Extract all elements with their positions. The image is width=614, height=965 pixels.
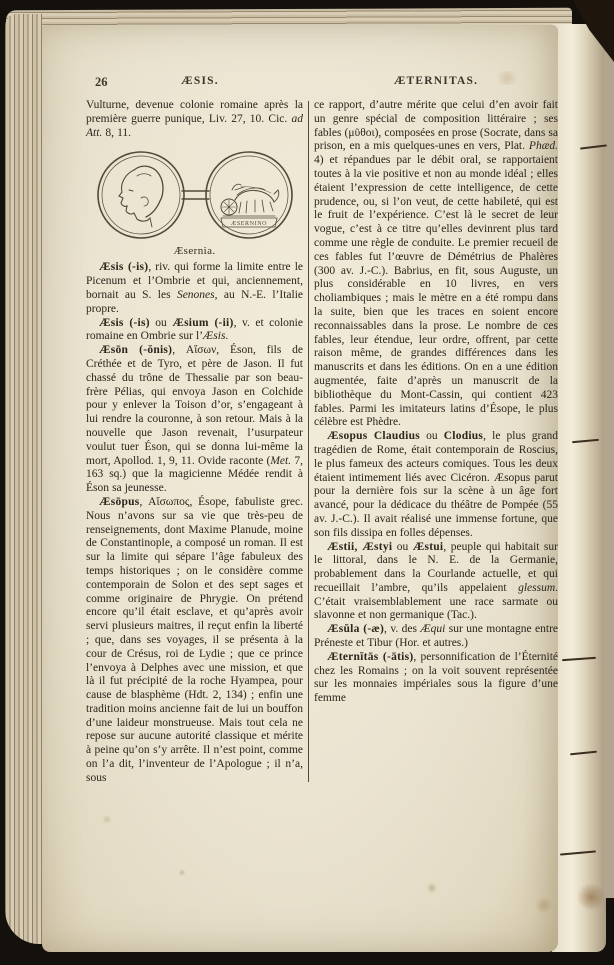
paper-stain xyxy=(102,815,112,824)
entry-aestii: Æstii, Æstyi ou Æstui, peuple qui habita… xyxy=(314,541,558,624)
paper-stain xyxy=(534,897,554,913)
entry-vulturne-continuation: Vulturne, devenue colonie romaine après … xyxy=(86,99,303,140)
figure-caption: Æsernia. xyxy=(86,245,303,257)
paper-stain xyxy=(426,883,438,893)
book-page: 26 ÆSIS. ÆTERNITAS. Vulturne, devenue co… xyxy=(42,25,558,952)
entry-aesis-town: Æsis (-is) ou Æsium (-ii), v. et colonie… xyxy=(86,317,303,345)
book-scan: 26 ÆSIS. ÆTERNITAS. Vulturne, devenue co… xyxy=(0,0,614,965)
left-column-intro: Vulturne, devenue colonie romaine après … xyxy=(86,99,303,140)
running-head-left: ÆSIS. xyxy=(86,75,314,91)
page-header: 26 ÆSIS. ÆTERNITAS. xyxy=(86,75,558,91)
entry-aesopus-claudius: Æsopus Claudius ou Clodius, le plus gran… xyxy=(314,430,558,540)
coin-engraving: ÆSERNINO xyxy=(89,150,301,240)
right-column: ce rapport, d’autre mérite que celui d’e… xyxy=(314,99,558,786)
coin-inscription: ÆSERNINO xyxy=(230,221,266,227)
coin-connector-bar xyxy=(182,191,209,199)
entry-aesis-river: Æsis (-is), riv. qui forme la limite ent… xyxy=(86,261,303,316)
text-columns: Vulturne, devenue colonie romaine après … xyxy=(86,99,558,786)
entry-aesopus-continuation: ce rapport, d’autre mérite que celui d’e… xyxy=(314,99,558,430)
entry-aesula: Æsŭla (-æ), v. des Æqui sur une montagne… xyxy=(314,623,558,651)
entry-aeternitas: Æternĭtās (-ātis), personnification de l… xyxy=(314,651,558,706)
binding-fold-edge xyxy=(552,24,606,952)
entry-aeson: Æsōn (-ŏnis), Αἴσων, Éson, fils de Créth… xyxy=(86,344,303,496)
paper-stain xyxy=(178,869,186,876)
left-column-entries: Æsis (-is), riv. qui forme la limite ent… xyxy=(86,261,303,785)
running-head-right: ÆTERNITAS. xyxy=(314,75,558,91)
page-content: 26 ÆSIS. ÆTERNITAS. Vulturne, devenue co… xyxy=(42,25,558,786)
coin-reverse-chariot-icon: ÆSERNINO xyxy=(206,152,292,238)
page-stack-left-edge xyxy=(5,14,42,944)
entry-aesopus: Æsōpus, Αἴσωπος, Ésope, fabuliste grec. … xyxy=(86,496,303,786)
background-right-strip xyxy=(604,52,614,898)
coin-figure: ÆSERNINO Æsernia. xyxy=(86,150,303,257)
column-divider xyxy=(308,101,309,782)
left-column: Vulturne, devenue colonie romaine après … xyxy=(86,99,303,786)
page-number: 26 xyxy=(95,75,108,90)
coin-obverse-head-icon xyxy=(98,152,184,238)
